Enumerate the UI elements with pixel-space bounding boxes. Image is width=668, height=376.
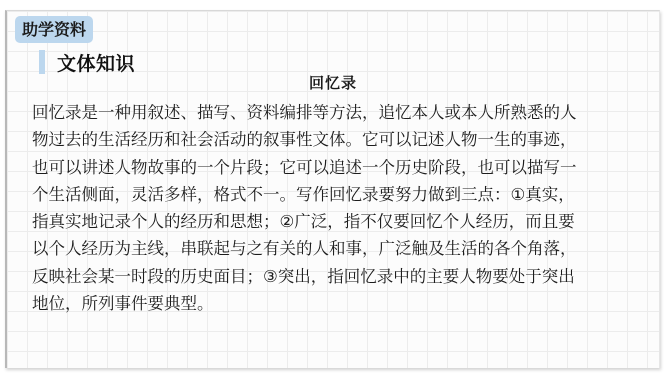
section-accent-bar: [39, 50, 45, 74]
article-body: 回忆录是一种用叙述、描写、资料编排等方法，追忆本人或本人所熟悉的人 物过去的生活…: [32, 99, 632, 317]
body-line: 地位，所列事件要典型。: [32, 290, 632, 317]
article-title: 回忆录: [7, 72, 659, 93]
body-line: 以个人经历为主线，串联起与之有关的人和事，广泛触及生活的各个角落，: [32, 235, 632, 262]
content-card: 助学资料 文体知识 回忆录 回忆录是一种用叙述、描写、资料编排等方法，追忆本人或…: [5, 10, 660, 368]
body-line: 物过去的生活经历和社会活动的叙事性文体。它可以记述人物一生的事迹，: [32, 126, 632, 153]
body-line: 也可以讲述人物故事的一个片段；它可以追述一个历史阶段，也可以描写一: [32, 154, 632, 181]
study-material-badge: 助学资料: [15, 16, 93, 43]
body-line: 指真实地记录个人的经历和思想；②广泛，指不仅要回忆个人经历，而且要: [32, 208, 632, 235]
body-line: 回忆录是一种用叙述、描写、资料编排等方法，追忆本人或本人所熟悉的人: [32, 99, 632, 126]
body-line: 个生活侧面，灵活多样，格式不一。写作回忆录要努力做到三点：①真实，: [32, 181, 632, 208]
body-line: 反映社会某一时段的历史面目；③突出，指回忆录中的主要人物要处于突出: [32, 263, 632, 290]
